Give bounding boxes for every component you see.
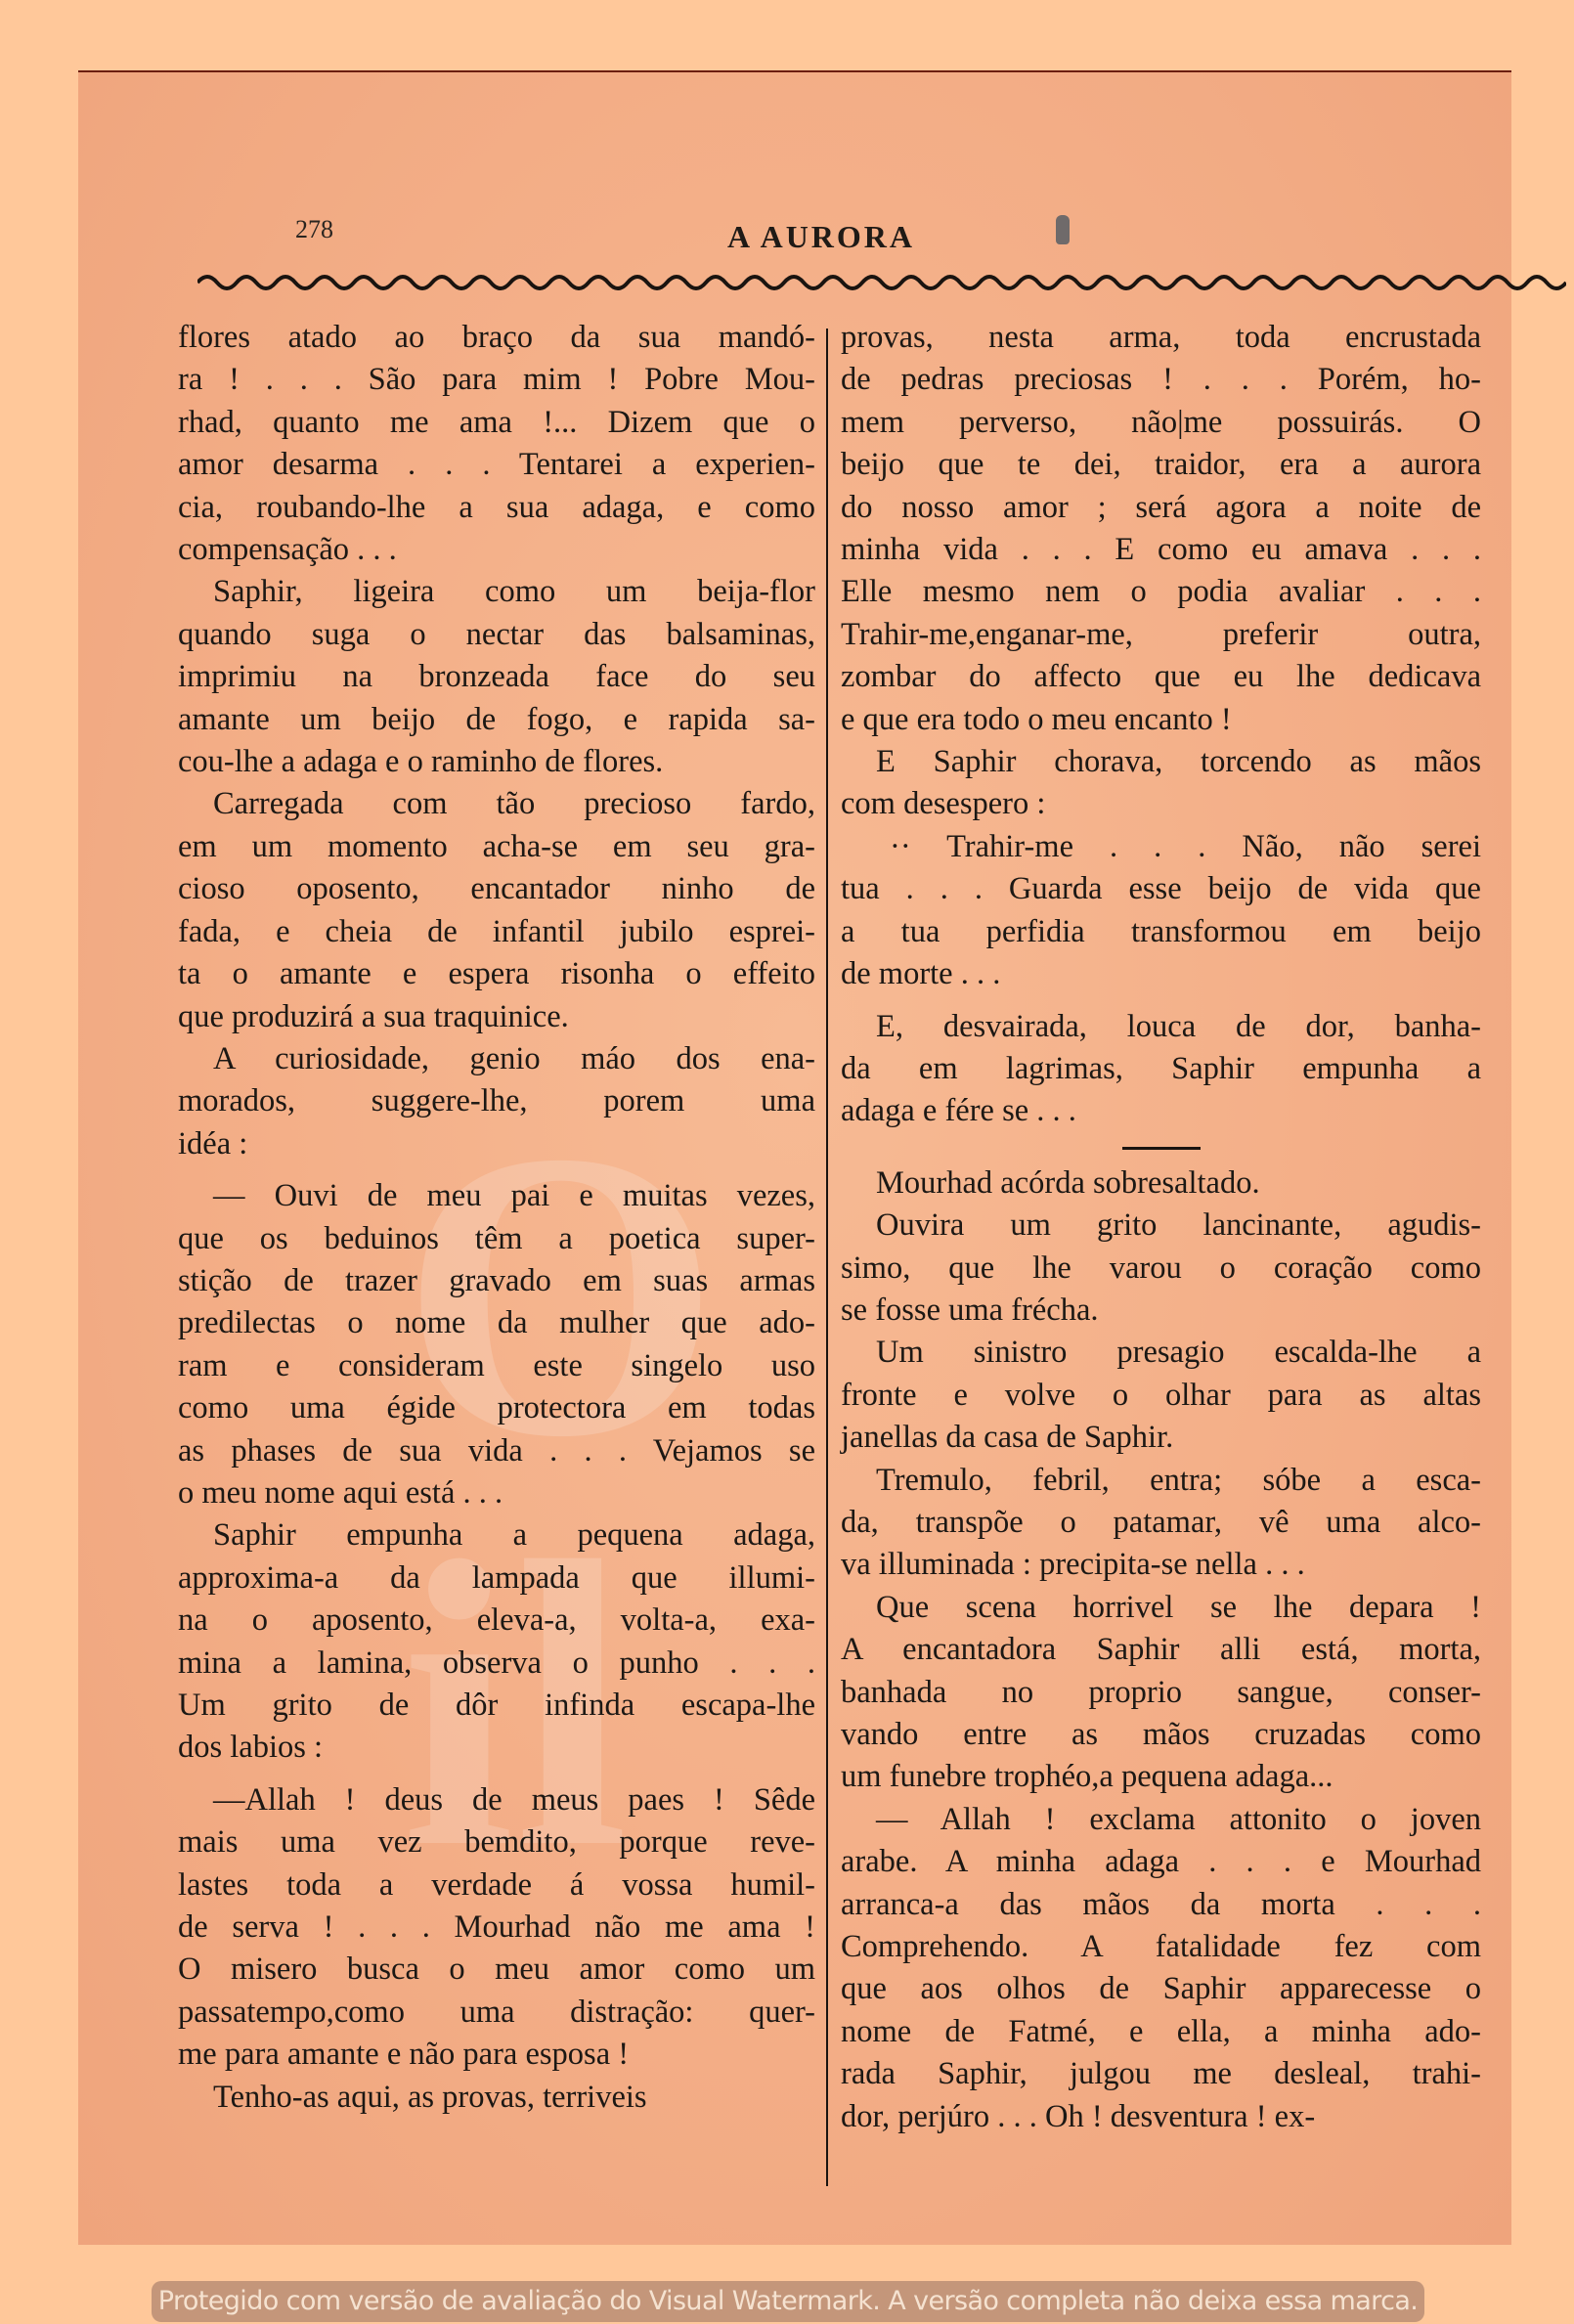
paragraph: Saphir, ligeira como um beija-florquando… [178, 571, 815, 783]
text-line: Comprehendo. A fatalidade fez com [841, 1926, 1481, 1968]
text-line: tua . . . Guarda esse beijo de vida que [841, 868, 1481, 910]
text-line: idéa : [178, 1123, 815, 1165]
text-line: lastes toda a verdade á vossa humil- [178, 1864, 815, 1907]
paragraph: A curiosidade, genio máo dos ena-morados… [178, 1038, 815, 1165]
text-line: de serva ! . . . Mourhad não me ama ! [178, 1907, 815, 1949]
text-line: me para amante e não para esposa ! [178, 2034, 815, 2076]
text-line: as phases de sua vida . . . Vejamos se [178, 1430, 815, 1472]
text-line: Ouvira um grito lancinante, agudis- [841, 1205, 1481, 1247]
text-line: amante um beijo de fogo, e rapida sa- [178, 699, 815, 741]
text-line: va illuminada : precipita-se nella . . . [841, 1544, 1481, 1586]
text-line: se fosse uma frécha. [841, 1290, 1481, 1332]
text-line: A encantadora Saphir alli está, morta, [841, 1629, 1481, 1671]
running-title: A AURORA [727, 219, 915, 255]
paragraph: — Ouvi de meu pai e muitas vezes,que os … [178, 1175, 815, 1514]
page-number: 278 [295, 215, 333, 244]
text-line: a tua perfidia transformou em beijo [841, 911, 1481, 953]
text-line: — Ouvi de meu pai e muitas vezes, [178, 1175, 815, 1217]
text-line: arabe. A minha adaga . . . e Mourhad [841, 1841, 1481, 1883]
text-line: beijo que te dei, traidor, era a aurora [841, 444, 1481, 486]
text-line: Elle mesmo nem o podia avaliar . . . [841, 571, 1481, 613]
text-line: morados, suggere-lhe, porem uma [178, 1080, 815, 1122]
text-line: simo, que lhe varou o coração como [841, 1248, 1481, 1290]
text-line: amor desarma . . . Tentarei a experien- [178, 444, 815, 486]
text-line: E, desvairada, louca de dor, banha- [841, 1006, 1481, 1048]
paragraph: —Allah ! deus de meus paes ! Sêdemais um… [178, 1779, 815, 2077]
text-line: approxima-a da lampada que illumi- [178, 1557, 815, 1600]
text-line: imprimiu na bronzeada face do seu [178, 656, 815, 698]
paragraph: ·· Trahir-me . . . Não, não sereitua . .… [841, 826, 1481, 996]
text-line: predilectas o nome da mulher que ado- [178, 1302, 815, 1344]
text-line: —Allah ! deus de meus paes ! Sêde [178, 1779, 815, 1821]
text-line: O misero busca o meu amor como um [178, 1949, 815, 1991]
text-line: nome de Fatmé, e ella, a minha ado- [841, 2011, 1481, 2053]
paragraph: Carregada com tão precioso fardo,em um m… [178, 783, 815, 1037]
text-column-left: flores atado ao braço da sua mandó-ra ! … [178, 317, 815, 2119]
paragraph: Um sinistro presagio escalda-lhe afronte… [841, 1332, 1481, 1459]
text-line: cia, roubando-lhe a sua adaga, e como [178, 487, 815, 529]
text-line: ra ! . . . São para mim ! Pobre Mou- [178, 359, 815, 401]
text-line: da, transpõe o patamar, vê uma alco- [841, 1502, 1481, 1544]
text-line: na o aposento, eleva-a, volta-a, exa- [178, 1600, 815, 1642]
text-line: passatempo,como uma distração: quer- [178, 1992, 815, 2034]
paragraph: — Allah ! exclama attonito o jovenarabe.… [841, 1799, 1481, 2138]
text-line: dor, perjúro . . . Oh ! desventura ! ex- [841, 2096, 1481, 2138]
text-column-right: provas, nesta arma, toda encrustadade pe… [841, 317, 1481, 2138]
text-line: arranca-a das mãos da morta . . . [841, 1884, 1481, 1926]
text-line: Tremulo, febril, entra; sóbe a esca- [841, 1460, 1481, 1502]
text-line: ta o amante e espera risonha o effeito [178, 953, 815, 995]
text-line: em um momento acha-se em seu gra- [178, 826, 815, 868]
text-line: cioso oposento, encantador ninho de [178, 868, 815, 910]
text-line: stição de trazer gravado em suas armas [178, 1260, 815, 1302]
text-line: compensação . . . [178, 529, 815, 571]
text-line: — Allah ! exclama attonito o joven [841, 1799, 1481, 1841]
text-line: banhada no proprio sangue, conser- [841, 1672, 1481, 1714]
text-line: de morte . . . [841, 953, 1481, 995]
text-line: ·· Trahir-me . . . Não, não serei [841, 826, 1481, 868]
text-line: Carregada com tão precioso fardo, [178, 783, 815, 825]
paragraph: Saphir empunha a pequena adaga,approxima… [178, 1514, 815, 1769]
watermark-banner: Protegido com versão de avaliação do Vis… [152, 2281, 1424, 2322]
paragraph: Mourhad acórda sobresaltado. [841, 1162, 1481, 1205]
text-line: Um grito de dôr infinda escapa-lhe [178, 1685, 815, 1727]
text-line: Saphir empunha a pequena adaga, [178, 1514, 815, 1557]
text-line: minha vida . . . E como eu amava . . . [841, 529, 1481, 571]
text-line: cou-lhe a adaga e o raminho de flores. [178, 741, 815, 783]
text-line: de pedras preciosas ! . . . Porém, ho- [841, 359, 1481, 401]
text-line: o meu nome aqui está . . . [178, 1472, 815, 1514]
text-line: dos labios : [178, 1727, 815, 1769]
paragraph: E Saphir chorava, torcendo as mãoscom de… [841, 741, 1481, 826]
text-line: mina a lamina, observa o punho . . . [178, 1643, 815, 1685]
text-line: Um sinistro presagio escalda-lhe a [841, 1332, 1481, 1374]
text-line: um funebre trophéo,a pequena adaga... [841, 1756, 1481, 1798]
text-line: fada, e cheia de infantil jubilo esprei- [178, 911, 815, 953]
text-line: mem perverso, não|me possuirás. O [841, 402, 1481, 444]
scanned-page: Oil 278 A AURORA flores atado ao braço d… [78, 70, 1511, 2245]
paragraph: provas, nesta arma, toda encrustadade pe… [841, 317, 1481, 741]
decorative-wave-rule-icon [197, 268, 1566, 297]
text-line: rada Saphir, julgou me desleal, trahi- [841, 2053, 1481, 2095]
text-line: janellas da casa de Saphir. [841, 1417, 1481, 1459]
text-line: como uma égide protectora em todas [178, 1387, 815, 1429]
text-line: rhad, quanto me ama !... Dizem que o [178, 402, 815, 444]
text-line: da em lagrimas, Saphir empunha a [841, 1048, 1481, 1090]
paragraph: Tremulo, febril, entra; sóbe a esca-da, … [841, 1460, 1481, 1587]
column-divider [826, 329, 828, 2186]
text-line: e que era todo o meu encanto ! [841, 699, 1481, 741]
text-line: Mourhad acórda sobresaltado. [841, 1162, 1481, 1205]
text-line: Que scena horrivel se lhe depara ! [841, 1587, 1481, 1629]
text-line: vando entre as mãos cruzadas como [841, 1714, 1481, 1756]
text-line: adaga e fére se . . . [841, 1090, 1481, 1132]
text-line: Saphir, ligeira como um beija-flor [178, 571, 815, 613]
text-line: quando suga o nectar das balsaminas, [178, 614, 815, 656]
text-line: do nosso amor ; será agora a noite de [841, 487, 1481, 529]
text-line: flores atado ao braço da sua mandó- [178, 317, 815, 359]
text-line: zombar do affecto que eu lhe dedicava [841, 656, 1481, 698]
text-line: ram e consideram este singelo uso [178, 1345, 815, 1387]
text-line: Trahir-me,enganar-me, preferir outra, [841, 614, 1481, 656]
paragraph: E, desvairada, louca de dor, banha-da em… [841, 1006, 1481, 1133]
text-line: com desespero : [841, 783, 1481, 825]
section-break-rule [1122, 1147, 1201, 1153]
text-line: E Saphir chorava, torcendo as mãos [841, 741, 1481, 783]
text-line: que os beduinos têm a poetica super- [178, 1218, 815, 1260]
text-line: mais uma vez bemdito, porque reve- [178, 1821, 815, 1864]
paragraph: Tenho-as aqui, as provas, terriveis [178, 2077, 815, 2119]
text-line: que produzirá a sua traquinice. [178, 996, 815, 1038]
ink-blot [1056, 215, 1070, 244]
paragraph: flores atado ao braço da sua mandó-ra ! … [178, 317, 815, 571]
text-line: A curiosidade, genio máo dos ena- [178, 1038, 815, 1080]
text-line: provas, nesta arma, toda encrustada [841, 317, 1481, 359]
paragraph: Ouvira um grito lancinante, agudis-simo,… [841, 1205, 1481, 1332]
text-line: fronte e volve o olhar para as altas [841, 1375, 1481, 1417]
text-line: Tenho-as aqui, as provas, terriveis [178, 2077, 815, 2119]
paragraph: Que scena horrivel se lhe depara !A enca… [841, 1587, 1481, 1799]
text-line: que aos olhos de Saphir apparecesse o [841, 1968, 1481, 2010]
